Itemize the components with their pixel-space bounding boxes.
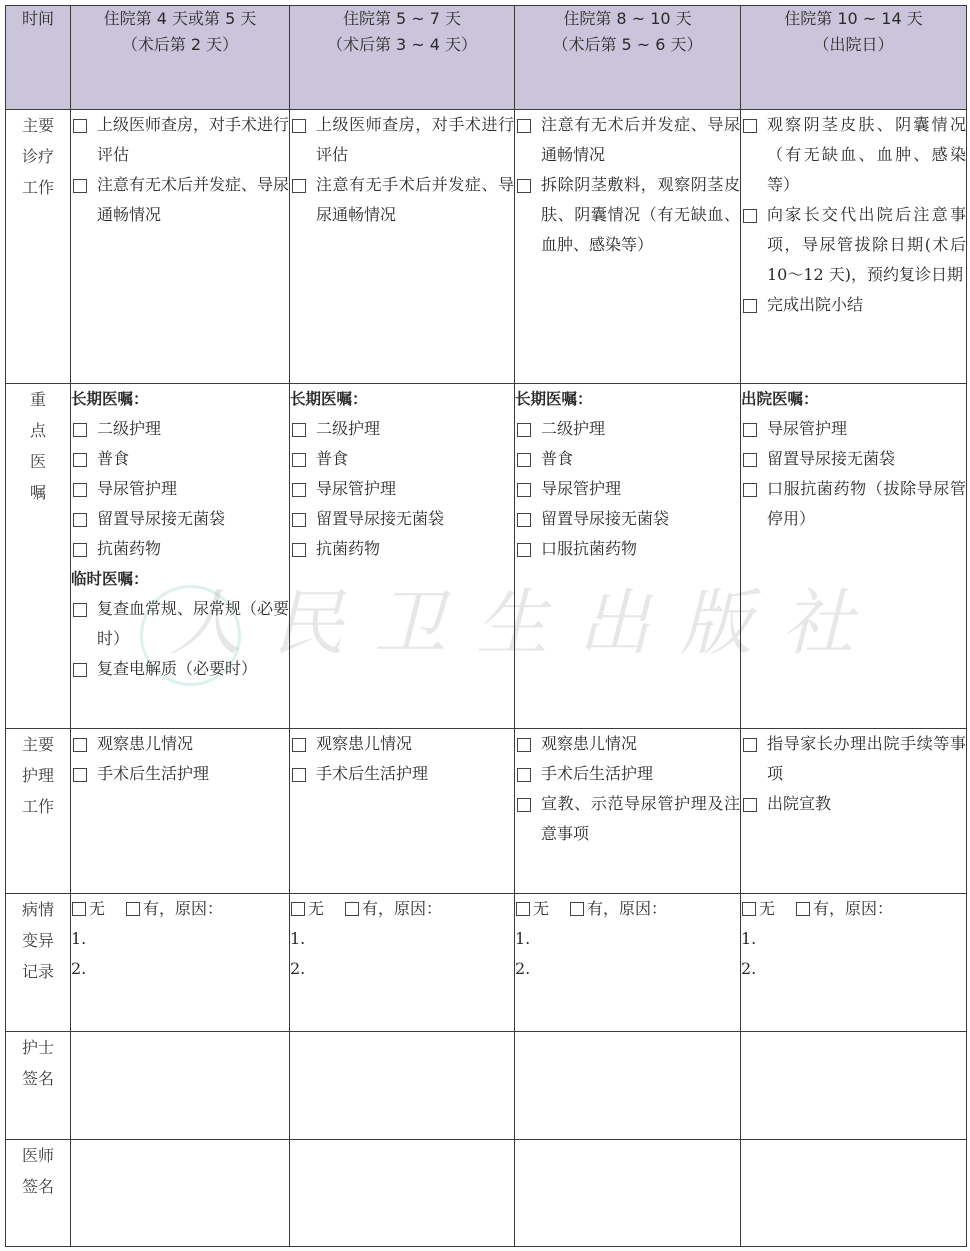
item-text: 导尿管护理 bbox=[316, 474, 514, 504]
header-day: 住院第 5 ~ 7 天 bbox=[290, 6, 514, 32]
checklist-item[interactable]: 普食 bbox=[290, 444, 514, 474]
item-text: 上级医师查房，对手术进行评估 bbox=[97, 110, 289, 170]
nursing-col-4: 指导家长办理出院手续等事项 出院宣教 bbox=[741, 729, 967, 894]
yes-reason-label: 有，原因： bbox=[587, 894, 667, 924]
header-postop: （出院日） bbox=[741, 32, 966, 58]
checkbox-icon[interactable] bbox=[73, 738, 87, 752]
checklist-item[interactable]: 复查血常规、尿常规（必要时） bbox=[71, 594, 289, 654]
none-label: 无 bbox=[308, 894, 324, 924]
orders-col-3: 长期医嘱： 二级护理 普食 导尿管护理 留置导尿接无菌袋 口服抗菌药物 bbox=[515, 384, 741, 729]
nurse-signature-col-4[interactable] bbox=[741, 1032, 967, 1140]
checkbox-icon[interactable] bbox=[292, 453, 306, 467]
checklist-item[interactable]: 二级护理 bbox=[515, 414, 740, 444]
checkbox-icon[interactable] bbox=[517, 119, 531, 133]
checkbox-icon[interactable] bbox=[73, 483, 87, 497]
header-day: 住院第 8 ~ 10 天 bbox=[515, 6, 740, 32]
checkbox-yes[interactable] bbox=[570, 902, 584, 916]
none-label: 无 bbox=[533, 894, 549, 924]
header-time: 时间 bbox=[6, 6, 71, 110]
checkbox-icon[interactable] bbox=[517, 179, 531, 193]
checkbox-icon[interactable] bbox=[292, 423, 306, 437]
item-text: 留置导尿接无菌袋 bbox=[316, 504, 514, 534]
checklist-item[interactable]: 拆除阴茎敷料，观察阴茎皮肤、阴囊情况（有无缺血、血肿、感染等） bbox=[515, 170, 740, 260]
nurse-signature-col-3[interactable] bbox=[515, 1032, 741, 1140]
row-label-nurse-signature: 护士签名 bbox=[6, 1032, 71, 1140]
yes-reason-label: 有，原因： bbox=[813, 894, 893, 924]
item-text: 注意有无手术后并发症、导尿通畅情况 bbox=[316, 170, 514, 230]
item-text: 注意有无术后并发症、导尿通畅情况 bbox=[97, 170, 289, 230]
item-text: 口服抗菌药物 bbox=[541, 534, 740, 564]
nurse-signature-col-2[interactable] bbox=[290, 1032, 515, 1140]
item-text: 观察患儿情况 bbox=[541, 729, 740, 759]
checkbox-icon[interactable] bbox=[517, 513, 531, 527]
nurse-signature-col-1[interactable] bbox=[71, 1032, 290, 1140]
checkbox-icon[interactable] bbox=[292, 768, 306, 782]
header-postop: （术后第 5 ~ 6 天） bbox=[515, 32, 740, 58]
checklist-item[interactable]: 口服抗菌药物（拔除导尿管停用） bbox=[741, 474, 966, 534]
variance-col-1: 无有，原因： 1. 2. bbox=[71, 894, 290, 1032]
item-text: 导尿管护理 bbox=[97, 474, 289, 504]
checklist-item[interactable]: 出院宣教 bbox=[741, 789, 966, 819]
header-col-3: 住院第 8 ~ 10 天（术后第 5 ~ 6 天） bbox=[515, 6, 741, 110]
item-text: 二级护理 bbox=[316, 414, 514, 444]
item-text: 完成出院小结 bbox=[767, 290, 966, 320]
item-text: 抗菌药物 bbox=[97, 534, 289, 564]
checklist-item[interactable]: 抗菌药物 bbox=[290, 534, 514, 564]
item-text: 导尿管护理 bbox=[767, 414, 966, 444]
checkbox-icon[interactable] bbox=[73, 453, 87, 467]
checkbox-icon[interactable] bbox=[743, 423, 757, 437]
row-label-nursing: 主要护理工作 bbox=[6, 729, 71, 894]
item-text: 指导家长办理出院手续等事项 bbox=[767, 729, 966, 789]
checklist-item[interactable]: 复查电解质（必要时） bbox=[71, 654, 289, 684]
doctor-signature-col-3[interactable] bbox=[515, 1140, 741, 1247]
checklist-item[interactable]: 指导家长办理出院手续等事项 bbox=[741, 729, 966, 789]
checkbox-icon[interactable] bbox=[73, 603, 87, 617]
orders-col-1: 长期医嘱： 二级护理 普食 导尿管护理 留置导尿接无菌袋 抗菌药物 临时医嘱： … bbox=[71, 384, 290, 729]
row-label-text: 护士签名 bbox=[20, 1032, 55, 1094]
row-label-text: 重点医嘱 bbox=[28, 384, 47, 508]
checklist-item[interactable]: 注意有无术后并发症、导尿通畅情况 bbox=[71, 170, 289, 230]
checklist-item[interactable]: 导尿管护理 bbox=[71, 474, 289, 504]
checklist-item[interactable]: 口服抗菌药物 bbox=[515, 534, 740, 564]
temporary-orders-heading: 临时医嘱： bbox=[71, 564, 289, 594]
row-label-doctor-signature: 医师签名 bbox=[6, 1140, 71, 1247]
row-label-orders: 重点医嘱 bbox=[6, 384, 71, 729]
row-nursing: 主要护理工作 观察患儿情况 手术后生活护理 观察患儿情况 手术后生活护理 观察患… bbox=[6, 729, 967, 894]
checkbox-icon[interactable] bbox=[517, 423, 531, 437]
row-label-variance: 病情变异记录 bbox=[6, 894, 71, 1032]
checkbox-icon[interactable] bbox=[73, 179, 87, 193]
long-term-orders-heading: 长期医嘱： bbox=[515, 384, 740, 414]
checkbox-icon[interactable] bbox=[73, 663, 87, 677]
item-text: 手术后生活护理 bbox=[316, 759, 514, 789]
item-text: 注意有无术后并发症、导尿通畅情况 bbox=[541, 110, 740, 170]
checkbox-icon[interactable] bbox=[73, 543, 87, 557]
checklist-item[interactable]: 观察患儿情况 bbox=[515, 729, 740, 759]
item-text: 宣教、示范导尿管护理及注意事项 bbox=[541, 789, 740, 849]
checklist-item[interactable]: 手术后生活护理 bbox=[515, 759, 740, 789]
item-text: 二级护理 bbox=[97, 414, 289, 444]
checkbox-none[interactable] bbox=[291, 902, 305, 916]
item-text: 二级护理 bbox=[541, 414, 740, 444]
header-col-4: 住院第 10 ~ 14 天（出院日） bbox=[741, 6, 967, 110]
checkbox-icon[interactable] bbox=[743, 798, 757, 812]
variance-col-2: 无有，原因： 1. 2. bbox=[290, 894, 515, 1032]
checklist-item[interactable]: 宣教、示范导尿管护理及注意事项 bbox=[515, 789, 740, 849]
header-col-2: 住院第 5 ~ 7 天（术后第 3 ~ 4 天） bbox=[290, 6, 515, 110]
header-postop: （术后第 3 ~ 4 天） bbox=[290, 32, 514, 58]
variance-line-2[interactable]: 2. bbox=[290, 954, 514, 984]
row-diagnosis: 主要诊疗工作 上级医师查房，对手术进行评估 注意有无术后并发症、导尿通畅情况 上… bbox=[6, 110, 967, 384]
checkbox-icon[interactable] bbox=[743, 299, 757, 313]
checkbox-icon[interactable] bbox=[517, 798, 531, 812]
row-variance: 病情变异记录 无有，原因： 1. 2. 无有，原因： 1. 2. 无有，原因： … bbox=[6, 894, 967, 1032]
item-text: 出院宣教 bbox=[767, 789, 966, 819]
item-text: 留置导尿接无菌袋 bbox=[97, 504, 289, 534]
checkbox-none[interactable] bbox=[516, 902, 530, 916]
item-text: 上级医师查房，对手术进行评估 bbox=[316, 110, 514, 170]
checklist-item[interactable]: 导尿管护理 bbox=[290, 474, 514, 504]
checklist-item[interactable]: 注意有无术后并发症、导尿通畅情况 bbox=[515, 110, 740, 170]
item-text: 普食 bbox=[316, 444, 514, 474]
nursing-col-2: 观察患儿情况 手术后生活护理 bbox=[290, 729, 515, 894]
checkbox-yes[interactable] bbox=[796, 902, 810, 916]
checkbox-icon[interactable] bbox=[292, 483, 306, 497]
row-doctor-signature: 医师签名 bbox=[6, 1140, 967, 1247]
checklist-item[interactable]: 完成出院小结 bbox=[741, 290, 966, 320]
row-label-text: 病情变异记录 bbox=[20, 894, 55, 987]
checkbox-icon[interactable] bbox=[73, 119, 87, 133]
nursing-col-3: 观察患儿情况 手术后生活护理 宣教、示范导尿管护理及注意事项 bbox=[515, 729, 741, 894]
checklist-item[interactable]: 观察患儿情况 bbox=[71, 729, 289, 759]
none-label: 无 bbox=[89, 894, 105, 924]
variance-col-3: 无有，原因： 1. 2. bbox=[515, 894, 741, 1032]
item-text: 手术后生活护理 bbox=[541, 759, 740, 789]
checklist-item[interactable]: 观察阴茎皮肤、阴囊情况（有无缺血、血肿、感染等） bbox=[741, 110, 966, 200]
doctor-signature-col-4[interactable] bbox=[741, 1140, 967, 1247]
checkbox-icon[interactable] bbox=[292, 513, 306, 527]
checkbox-icon[interactable] bbox=[743, 209, 757, 223]
variance-line-2[interactable]: 2. bbox=[71, 954, 289, 984]
checkbox-icon[interactable] bbox=[73, 513, 87, 527]
item-text: 观察阴茎皮肤、阴囊情况（有无缺血、血肿、感染等） bbox=[767, 110, 966, 200]
checklist-item[interactable]: 手术后生活护理 bbox=[71, 759, 289, 789]
item-text: 复查血常规、尿常规（必要时） bbox=[97, 594, 289, 654]
row-label-text: 医师签名 bbox=[20, 1140, 55, 1202]
checklist-item[interactable]: 留置导尿接无菌袋 bbox=[71, 504, 289, 534]
long-term-orders-heading: 长期医嘱： bbox=[71, 384, 289, 414]
checkbox-icon[interactable] bbox=[292, 119, 306, 133]
row-label-text: 主要诊疗工作 bbox=[20, 110, 55, 203]
checklist-item[interactable]: 向家长交代出院后注意事项，导尿管拔除日期(术后 10～12 天)，预约复诊日期 bbox=[741, 200, 966, 290]
item-text: 向家长交代出院后注意事项，导尿管拔除日期(术后 10～12 天)，预约复诊日期 bbox=[767, 200, 966, 290]
checklist-item[interactable]: 注意有无手术后并发症、导尿通畅情况 bbox=[290, 170, 514, 230]
variance-line-1[interactable]: 1. bbox=[515, 924, 740, 954]
item-text: 抗菌药物 bbox=[316, 534, 514, 564]
checkbox-icon[interactable] bbox=[517, 453, 531, 467]
diagnosis-col-4: 观察阴茎皮肤、阴囊情况（有无缺血、血肿、感染等） 向家长交代出院后注意事项，导尿… bbox=[741, 110, 967, 384]
discharge-orders-heading: 出院医嘱： bbox=[741, 384, 966, 414]
checkbox-yes[interactable] bbox=[345, 902, 359, 916]
checklist-item[interactable]: 普食 bbox=[71, 444, 289, 474]
doctor-signature-col-1[interactable] bbox=[71, 1140, 290, 1247]
checklist-item[interactable]: 手术后生活护理 bbox=[290, 759, 514, 789]
variance-col-4: 无有，原因： 1. 2. bbox=[741, 894, 967, 1032]
header-day: 住院第 4 天或第 5 天 bbox=[71, 6, 289, 32]
none-label: 无 bbox=[759, 894, 775, 924]
header-col-1: 住院第 4 天或第 5 天（术后第 2 天） bbox=[71, 6, 290, 110]
orders-col-4: 出院医嘱： 导尿管护理 留置导尿接无菌袋 口服抗菌药物（拔除导尿管停用） bbox=[741, 384, 967, 729]
item-text: 复查电解质（必要时） bbox=[97, 654, 289, 684]
checkbox-icon[interactable] bbox=[517, 483, 531, 497]
doctor-signature-col-2[interactable] bbox=[290, 1140, 515, 1247]
yes-reason-label: 有，原因： bbox=[362, 894, 442, 924]
item-text: 普食 bbox=[97, 444, 289, 474]
checkbox-yes[interactable] bbox=[126, 902, 140, 916]
variance-line-1[interactable]: 1. bbox=[71, 924, 289, 954]
checklist-item[interactable]: 留置导尿接无菌袋 bbox=[515, 504, 740, 534]
header-row: 时间 住院第 4 天或第 5 天（术后第 2 天） 住院第 5 ~ 7 天（术后… bbox=[6, 6, 967, 110]
item-text: 口服抗菌药物（拔除导尿管停用） bbox=[767, 474, 966, 534]
checklist-item[interactable]: 留置导尿接无菌袋 bbox=[741, 444, 966, 474]
row-label-diagnosis: 主要诊疗工作 bbox=[6, 110, 71, 384]
diagnosis-col-2: 上级医师查房，对手术进行评估 注意有无手术后并发症、导尿通畅情况 bbox=[290, 110, 515, 384]
checkbox-icon[interactable] bbox=[517, 768, 531, 782]
checkbox-icon[interactable] bbox=[517, 738, 531, 752]
row-nurse-signature: 护士签名 bbox=[6, 1032, 967, 1140]
item-text: 留置导尿接无菌袋 bbox=[541, 504, 740, 534]
checklist-item[interactable]: 抗菌药物 bbox=[71, 534, 289, 564]
checklist-item[interactable]: 导尿管护理 bbox=[515, 474, 740, 504]
checkbox-icon[interactable] bbox=[517, 543, 531, 557]
item-text: 拆除阴茎敷料，观察阴茎皮肤、阴囊情况（有无缺血、血肿、感染等） bbox=[541, 170, 740, 260]
item-text: 手术后生活护理 bbox=[97, 759, 289, 789]
row-label-text: 主要护理工作 bbox=[20, 729, 55, 822]
item-text: 观察患儿情况 bbox=[316, 729, 514, 759]
checkbox-icon[interactable] bbox=[292, 738, 306, 752]
checkbox-icon[interactable] bbox=[743, 738, 757, 752]
item-text: 导尿管护理 bbox=[541, 474, 740, 504]
row-orders: 重点医嘱 长期医嘱： 二级护理 普食 导尿管护理 留置导尿接无菌袋 抗菌药物 临… bbox=[6, 384, 967, 729]
checkbox-icon[interactable] bbox=[743, 483, 757, 497]
checklist-item[interactable]: 上级医师查房，对手术进行评估 bbox=[290, 110, 514, 170]
checkbox-icon[interactable] bbox=[743, 453, 757, 467]
yes-reason-label: 有，原因： bbox=[143, 894, 223, 924]
checklist-item[interactable]: 普食 bbox=[515, 444, 740, 474]
checkbox-icon[interactable] bbox=[292, 179, 306, 193]
checklist-item[interactable]: 上级医师查房，对手术进行评估 bbox=[71, 110, 289, 170]
item-text: 观察患儿情况 bbox=[97, 729, 289, 759]
checkbox-none[interactable] bbox=[742, 902, 756, 916]
variance-line-1[interactable]: 1. bbox=[290, 924, 514, 954]
item-text: 留置导尿接无菌袋 bbox=[767, 444, 966, 474]
header-day: 住院第 10 ~ 14 天 bbox=[741, 6, 966, 32]
checkbox-none[interactable] bbox=[72, 902, 86, 916]
checkbox-icon[interactable] bbox=[743, 119, 757, 133]
checklist-item[interactable]: 二级护理 bbox=[290, 414, 514, 444]
checklist-item[interactable]: 留置导尿接无菌袋 bbox=[290, 504, 514, 534]
variance-line-2[interactable]: 2. bbox=[741, 954, 966, 984]
header-postop: （术后第 2 天） bbox=[71, 32, 289, 58]
item-text: 普食 bbox=[541, 444, 740, 474]
long-term-orders-heading: 长期医嘱： bbox=[290, 384, 514, 414]
nursing-col-1: 观察患儿情况 手术后生活护理 bbox=[71, 729, 290, 894]
orders-col-2: 长期医嘱： 二级护理 普食 导尿管护理 留置导尿接无菌袋 抗菌药物 bbox=[290, 384, 515, 729]
checkbox-icon[interactable] bbox=[73, 423, 87, 437]
diagnosis-col-3: 注意有无术后并发症、导尿通畅情况 拆除阴茎敷料，观察阴茎皮肤、阴囊情况（有无缺血… bbox=[515, 110, 741, 384]
clinical-pathway-table: 时间 住院第 4 天或第 5 天（术后第 2 天） 住院第 5 ~ 7 天（术后… bbox=[5, 5, 967, 1247]
variance-line-1[interactable]: 1. bbox=[741, 924, 966, 954]
checklist-item[interactable]: 二级护理 bbox=[71, 414, 289, 444]
checklist-item[interactable]: 导尿管护理 bbox=[741, 414, 966, 444]
checkbox-icon[interactable] bbox=[292, 543, 306, 557]
diagnosis-col-1: 上级医师查房，对手术进行评估 注意有无术后并发症、导尿通畅情况 bbox=[71, 110, 290, 384]
checkbox-icon[interactable] bbox=[73, 768, 87, 782]
checklist-item[interactable]: 观察患儿情况 bbox=[290, 729, 514, 759]
variance-line-2[interactable]: 2. bbox=[515, 954, 740, 984]
